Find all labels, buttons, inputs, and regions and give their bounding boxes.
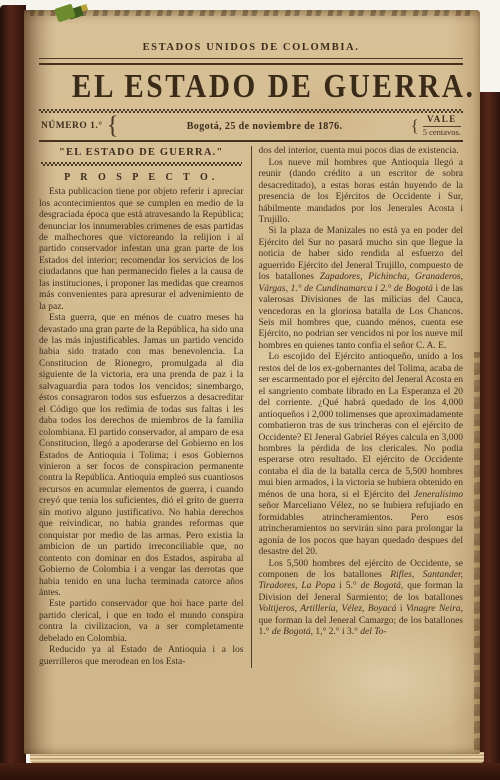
book-cover-bottom-edge (0, 763, 500, 780)
article-columns: "EL ESTADO DE GUERRA." P R O S P E C T O… (39, 146, 463, 668)
paragraph: Reducido ya al Estado de Antioquia i a l… (39, 645, 244, 668)
book-cover-right-edge (480, 92, 500, 780)
bookmark-ribbon (54, 4, 75, 23)
prospecto-heading: P R O S P E C T O. (39, 172, 244, 183)
price-box: VALE 5 centavos. (423, 115, 461, 137)
masthead-title: EL ESTADO DE GUERRA. (72, 68, 476, 106)
issue-number: NÚMERO 1.° (41, 121, 103, 131)
paragraph: Los nueve mil hombres que Antioquia lleg… (259, 158, 464, 227)
paragraph: Esta guerra, que en ménos de cuatro mese… (39, 313, 244, 599)
newspaper-content: ESTADOS UNIDOS DE COLOMBIA. EL ESTADO DE… (39, 42, 463, 668)
price-label: VALE (423, 115, 461, 127)
section-title: "EL ESTADO DE GUERRA." (39, 146, 244, 158)
left-brace-glyph: { (107, 116, 119, 136)
newspaper-page: ESTADOS UNIDOS DE COLOMBIA. EL ESTADO DE… (24, 10, 480, 754)
book-cover-left-edge (0, 5, 26, 780)
paragraph: dos del interior, cuenta mui pocos dias … (259, 146, 464, 157)
left-column-text: Esta publicacion tiene por objeto referi… (39, 187, 244, 668)
torn-top-edge (30, 10, 476, 16)
paragraph: Los 5,500 hombres del ejército de Occide… (259, 559, 464, 639)
masthead: EL ESTADO DE GUERRA. (39, 68, 463, 106)
left-column: "EL ESTADO DE GUERRA." P R O S P E C T O… (39, 146, 251, 668)
double-rule (39, 58, 463, 65)
right-brace-glyph: { (411, 119, 419, 133)
paragraph: Esta publicacion tiene por objeto referi… (39, 187, 244, 313)
right-column-text: dos del interior, cuenta mui pocos dias … (259, 146, 464, 638)
dateline: NÚMERO 1.° { Bogotá, 25 de noviembre de … (39, 113, 463, 142)
paragraph: Si la plaza de Manizales no está ya en p… (259, 226, 464, 352)
column-wavy-rule (41, 162, 242, 166)
country-header: ESTADOS UNIDOS DE COLOMBIA. (39, 42, 463, 53)
right-column: dos del interior, cuenta mui pocos dias … (251, 146, 464, 668)
price-value: 5 centavos. (423, 127, 461, 137)
issue-date: Bogotá, 25 de noviembre de 1876. (123, 121, 407, 132)
torn-right-edge (474, 352, 480, 750)
paragraph: Lo escojido del Ejército antioqueño, uni… (259, 352, 464, 558)
paragraph: Este partido conservador que hoi hace pa… (39, 599, 244, 645)
